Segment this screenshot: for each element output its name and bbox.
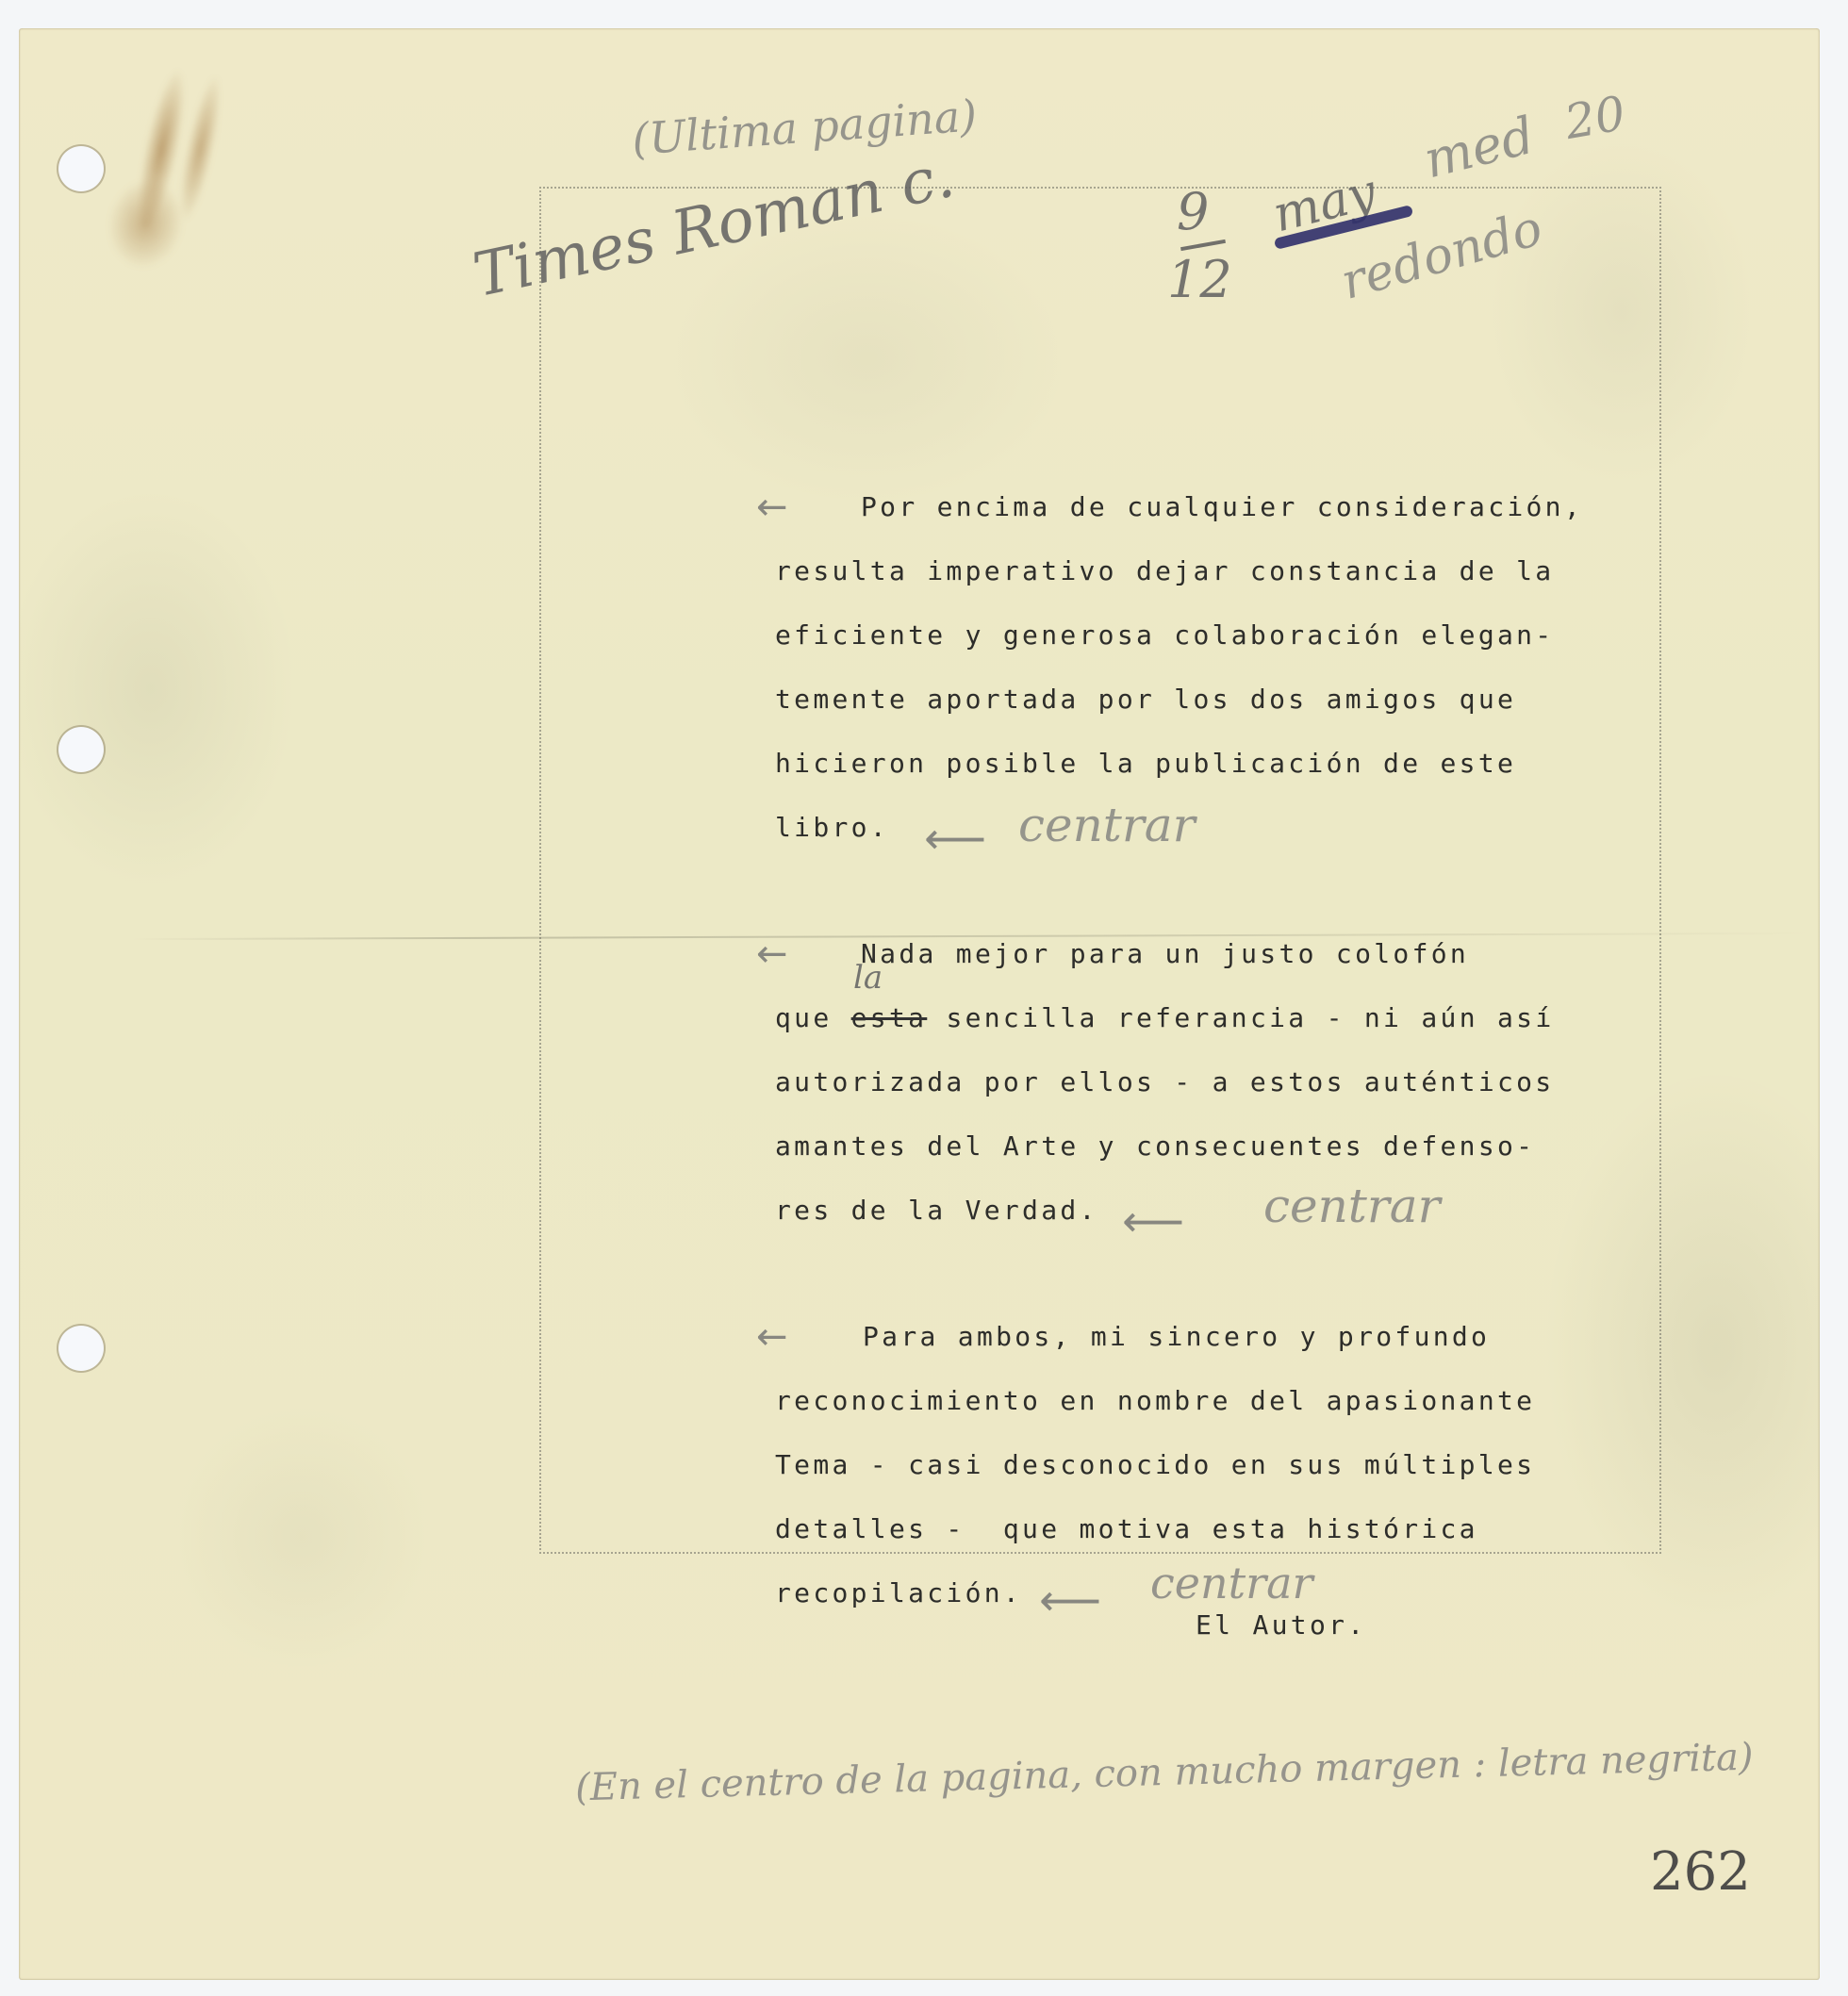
page-number: 262 <box>1650 1846 1751 1899</box>
typed-line: libro. <box>775 815 889 841</box>
typed-line: recopilación. <box>775 1580 1022 1607</box>
typed-line: resulta imperativo dejar constancia de l… <box>775 558 1554 585</box>
struck-typed-word: esta <box>851 1002 928 1033</box>
typed-line: Nada mejor para un justo colofón <box>861 941 1469 967</box>
typed-line: detalles - que motiva esta histórica <box>775 1516 1478 1542</box>
handwritten-centrar-mark: centrar <box>1150 1561 1313 1605</box>
typed-line: Por encima de cualquier consideración, <box>861 494 1583 520</box>
punch-hole-middle <box>58 727 104 772</box>
handwritten-number-note: 20 <box>1561 90 1628 146</box>
typed-line: reconocimiento en nombre del apasionante <box>775 1388 1535 1414</box>
handwritten-centrar-mark: centrar <box>1263 1182 1441 1229</box>
margin-arrow-icon: ⟵ <box>1039 1578 1101 1622</box>
margin-arrow-icon: ⟵ <box>924 817 986 860</box>
typed-line: Tema - casi desconocido en sus múltiples <box>775 1452 1535 1478</box>
handwritten-weight-note: med <box>1419 110 1539 187</box>
indent-arrow-icon: ← <box>756 935 788 973</box>
handwritten-bottom-note: (En el centro de la pagina, con mucho ma… <box>575 1739 1754 1807</box>
typed-word: que <box>775 1002 851 1033</box>
typed-word: sencilla referancia - ni aún así <box>927 1002 1554 1033</box>
typed-line: temente aportada por los dos amigos que <box>775 686 1516 713</box>
typed-line: que esta sencilla referancia - ni aún as… <box>775 1005 1554 1031</box>
handwritten-size-denominator: 12 <box>1167 255 1232 305</box>
typed-line: res de la Verdad. <box>775 1197 1098 1224</box>
handwritten-centrar-mark: centrar <box>1018 801 1196 849</box>
typed-line: amantes del Arte y consecuentes defenso- <box>775 1133 1535 1160</box>
typed-line: autorizada por ellos - a estos auténtico… <box>775 1069 1554 1096</box>
handwritten-size-numerator: 9 <box>1177 187 1209 238</box>
typed-line: eficiente y generosa colaboración elegan… <box>775 622 1554 649</box>
document-page: (Ultima pagina) Times Roman c. 9 12 may … <box>19 28 1820 1980</box>
indent-arrow-icon: ← <box>756 1318 788 1356</box>
punch-hole-bottom <box>58 1326 104 1371</box>
handwritten-correction-insert: la <box>853 962 883 994</box>
indent-arrow-icon: ← <box>756 488 788 526</box>
margin-arrow-icon: ⟵ <box>1122 1199 1184 1243</box>
typed-line: Para ambos, mi sincero y profundo <box>863 1324 1490 1350</box>
rust-stain <box>80 27 249 284</box>
typed-line: hicieron posible la publicación de este <box>775 751 1516 777</box>
signature: El Autor. <box>1196 1612 1366 1639</box>
punch-hole-top <box>58 146 104 191</box>
